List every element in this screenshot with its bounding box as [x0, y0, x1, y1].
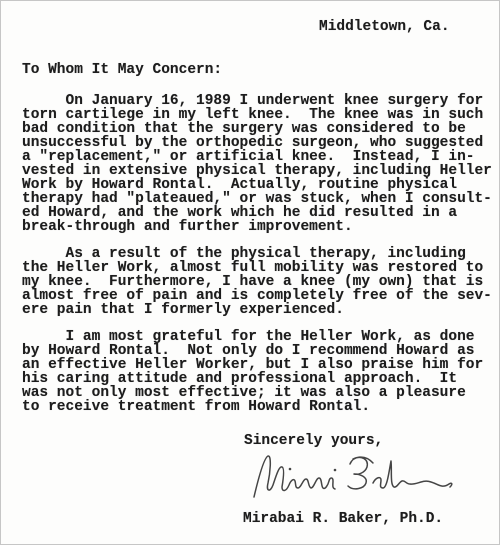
- paragraph-1: On January 16, 1989 I underwent knee sur…: [22, 94, 495, 234]
- typed-signature-name: Mirabai R. Baker, Ph.D.: [243, 511, 443, 527]
- handwritten-signature-icon: [231, 450, 461, 505]
- paragraph-3: I am most grateful for the Heller Work, …: [22, 330, 495, 414]
- paragraph-2: As a result of the physical therapy, inc…: [22, 247, 495, 317]
- letter-page: Middletown, Ca. To Whom It May Concern: …: [0, 0, 500, 545]
- letter-body: On January 16, 1989 I underwent knee sur…: [22, 94, 495, 427]
- closing-salutation: Sincerely yours,: [244, 433, 383, 449]
- dateline: Middletown, Ca.: [319, 19, 450, 35]
- salutation: To Whom It May Concern:: [22, 62, 222, 78]
